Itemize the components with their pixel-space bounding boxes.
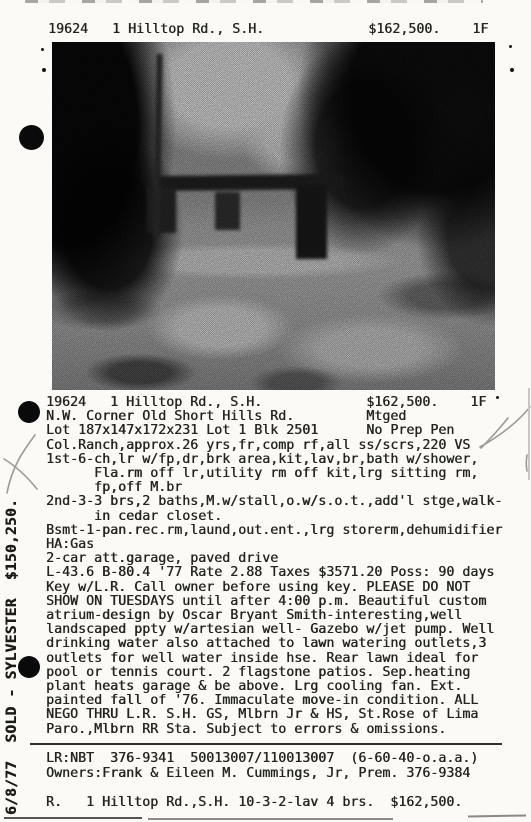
handwritten-tick — [526, 455, 527, 471]
ink-speck — [496, 396, 499, 399]
footer-divider-line — [30, 743, 502, 745]
scan-artifact-right-edge — [528, 388, 530, 480]
photo-dither-pattern — [52, 42, 495, 390]
punch-hole — [18, 401, 40, 423]
handwritten-k-mark — [4, 459, 37, 489]
punch-hole — [18, 656, 40, 678]
bottom-edge-line — [4, 817, 142, 819]
card-header-line: 19624 1 Hilltop Rd., S.H. $162,500. 1F — [48, 23, 488, 37]
listing-body-text: 19624 1 Hilltop Rd., S.H. $162,500. 1F N… — [46, 396, 502, 737]
bottom-edge-line — [468, 814, 526, 817]
scan-artifact-top-edge — [25, 0, 483, 3]
property-photo — [52, 42, 495, 390]
bottom-edge-line — [148, 818, 393, 820]
ink-speck — [42, 68, 46, 72]
broker-footer-text: LR:NBT 376-9341 50013007/110013007 (6-60… — [46, 752, 478, 810]
mls-listing-card: 19624 1 Hilltop Rd., S.H. $162,500. 1F 1… — [0, 0, 531, 822]
ink-speck — [41, 48, 44, 51]
punch-hole — [19, 125, 44, 150]
handwritten-k-mark — [7, 435, 35, 493]
sold-date-stamp: 6/8/77 SOLD - SYLVESTER $150,250. — [4, 499, 21, 815]
ink-speck — [509, 45, 512, 48]
ink-speck — [510, 68, 514, 72]
